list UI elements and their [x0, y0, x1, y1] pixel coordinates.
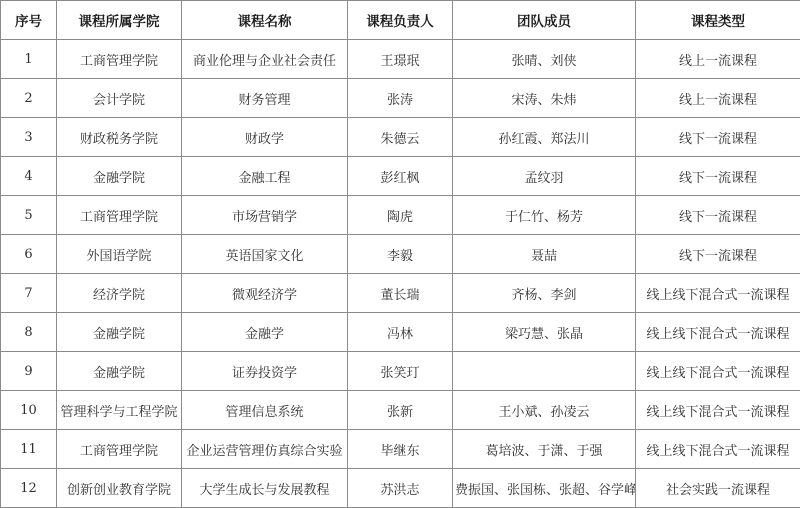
cell-leader: 彭红枫	[348, 157, 453, 196]
cell-leader: 李毅	[348, 235, 453, 274]
cell-course: 财务管理	[182, 79, 348, 118]
cell-college: 管理科学与工程学院	[57, 391, 182, 430]
cell-leader: 张涛	[348, 79, 453, 118]
cell-no: 1	[1, 40, 57, 79]
cell-no: 12	[1, 469, 57, 508]
cell-members: 张晴、刘侠	[453, 40, 636, 79]
cell-leader: 苏洪志	[348, 469, 453, 508]
cell-leader: 毕继东	[348, 430, 453, 469]
cell-leader: 冯林	[348, 313, 453, 352]
cell-college: 工商管理学院	[57, 430, 182, 469]
cell-course: 英语国家文化	[182, 235, 348, 274]
table-row: 6 外国语学院 英语国家文化 李毅 聂喆 线下一流课程	[1, 235, 800, 274]
cell-members: 孟纹羽	[453, 157, 636, 196]
cell-course: 大学生成长与发展教程	[182, 469, 348, 508]
cell-leader: 董长瑞	[348, 274, 453, 313]
header-cell-members: 团队成员	[453, 1, 636, 40]
cell-type: 社会实践一流课程	[636, 469, 800, 508]
cell-no: 5	[1, 196, 57, 235]
table-row: 5 工商管理学院 市场营销学 陶虎 于仁竹、杨芳 线下一流课程	[1, 196, 800, 235]
cell-college: 工商管理学院	[57, 196, 182, 235]
table-row: 12 创新创业教育学院 大学生成长与发展教程 苏洪志 费振国、张国栋、张超、谷学…	[1, 469, 800, 508]
cell-members: 葛培波、于潇、于强	[453, 430, 636, 469]
cell-leader: 王璟珉	[348, 40, 453, 79]
table-row: 3 财政税务学院 财政学 朱德云 孙红霞、郑法川 线下一流课程	[1, 118, 800, 157]
cell-college: 工商管理学院	[57, 40, 182, 79]
cell-college: 金融学院	[57, 313, 182, 352]
cell-leader: 朱德云	[348, 118, 453, 157]
cell-college: 会计学院	[57, 79, 182, 118]
cell-course: 市场营销学	[182, 196, 348, 235]
cell-type: 线下一流课程	[636, 118, 800, 157]
cell-type: 线上线下混合式一流课程	[636, 352, 800, 391]
cell-type: 线上线下混合式一流课程	[636, 313, 800, 352]
cell-college: 财政税务学院	[57, 118, 182, 157]
cell-members: 王小斌、孙凌云	[453, 391, 636, 430]
header-row: 序号 课程所属学院 课程名称 课程负责人 团队成员 课程类型	[1, 1, 800, 40]
cell-college: 外国语学院	[57, 235, 182, 274]
cell-members: 宋涛、朱炜	[453, 79, 636, 118]
cell-course: 金融工程	[182, 157, 348, 196]
cell-college: 金融学院	[57, 157, 182, 196]
cell-course: 财政学	[182, 118, 348, 157]
cell-no: 4	[1, 157, 57, 196]
cell-no: 6	[1, 235, 57, 274]
cell-college: 经济学院	[57, 274, 182, 313]
cell-type: 线下一流课程	[636, 196, 800, 235]
cell-members: 聂喆	[453, 235, 636, 274]
cell-no: 3	[1, 118, 57, 157]
cell-type: 线上线下混合式一流课程	[636, 391, 800, 430]
cell-leader: 陶虎	[348, 196, 453, 235]
cell-leader: 张笑玎	[348, 352, 453, 391]
table-row: 4 金融学院 金融工程 彭红枫 孟纹羽 线下一流课程	[1, 157, 800, 196]
cell-members: 齐杨、李剑	[453, 274, 636, 313]
cell-type: 线上一流课程	[636, 40, 800, 79]
table-row: 10 管理科学与工程学院 管理信息系统 张新 王小斌、孙凌云 线上线下混合式一流…	[1, 391, 800, 430]
cell-course: 金融学	[182, 313, 348, 352]
header-cell-college: 课程所属学院	[57, 1, 182, 40]
cell-college: 金融学院	[57, 352, 182, 391]
header-cell-course: 课程名称	[182, 1, 348, 40]
table-row: 9 金融学院 证券投资学 张笑玎 线上线下混合式一流课程	[1, 352, 800, 391]
cell-members: 于仁竹、杨芳	[453, 196, 636, 235]
header-cell-leader: 课程负责人	[348, 1, 453, 40]
cell-course: 证券投资学	[182, 352, 348, 391]
cell-leader: 张新	[348, 391, 453, 430]
cell-type: 线下一流课程	[636, 157, 800, 196]
cell-type: 线上线下混合式一流课程	[636, 430, 800, 469]
table-row: 8 金融学院 金融学 冯林 梁巧慧、张晶 线上线下混合式一流课程	[1, 313, 800, 352]
table-row: 11 工商管理学院 企业运营管理仿真综合实验 毕继东 葛培波、于潇、于强 线上线…	[1, 430, 800, 469]
cell-course: 管理信息系统	[182, 391, 348, 430]
cell-no: 7	[1, 274, 57, 313]
cell-members: 孙红霞、郑法川	[453, 118, 636, 157]
cell-no: 8	[1, 313, 57, 352]
cell-course: 企业运营管理仿真综合实验	[182, 430, 348, 469]
cell-type: 线上线下混合式一流课程	[636, 274, 800, 313]
table-row: 1 工商管理学院 商业伦理与企业社会责任 王璟珉 张晴、刘侠 线上一流课程	[1, 40, 800, 79]
course-table-body: 1 工商管理学院 商业伦理与企业社会责任 王璟珉 张晴、刘侠 线上一流课程 2 …	[1, 40, 800, 508]
cell-type: 线下一流课程	[636, 235, 800, 274]
course-table: 序号 课程所属学院 课程名称 课程负责人 团队成员 课程类型 1 工商管理学院 …	[0, 0, 800, 508]
cell-no: 2	[1, 79, 57, 118]
table-row: 2 会计学院 财务管理 张涛 宋涛、朱炜 线上一流课程	[1, 79, 800, 118]
cell-course: 微观经济学	[182, 274, 348, 313]
cell-members	[453, 352, 636, 391]
header-cell-type: 课程类型	[636, 1, 800, 40]
cell-members: 梁巧慧、张晶	[453, 313, 636, 352]
cell-members: 费振国、张国栋、张超、谷学峰	[453, 469, 636, 508]
cell-no: 10	[1, 391, 57, 430]
cell-course: 商业伦理与企业社会责任	[182, 40, 348, 79]
table-row: 7 经济学院 微观经济学 董长瑞 齐杨、李剑 线上线下混合式一流课程	[1, 274, 800, 313]
course-table-header: 序号 课程所属学院 课程名称 课程负责人 团队成员 课程类型	[1, 1, 800, 40]
cell-no: 9	[1, 352, 57, 391]
cell-no: 11	[1, 430, 57, 469]
cell-type: 线上一流课程	[636, 79, 800, 118]
cell-college: 创新创业教育学院	[57, 469, 182, 508]
header-cell-no: 序号	[1, 1, 57, 40]
